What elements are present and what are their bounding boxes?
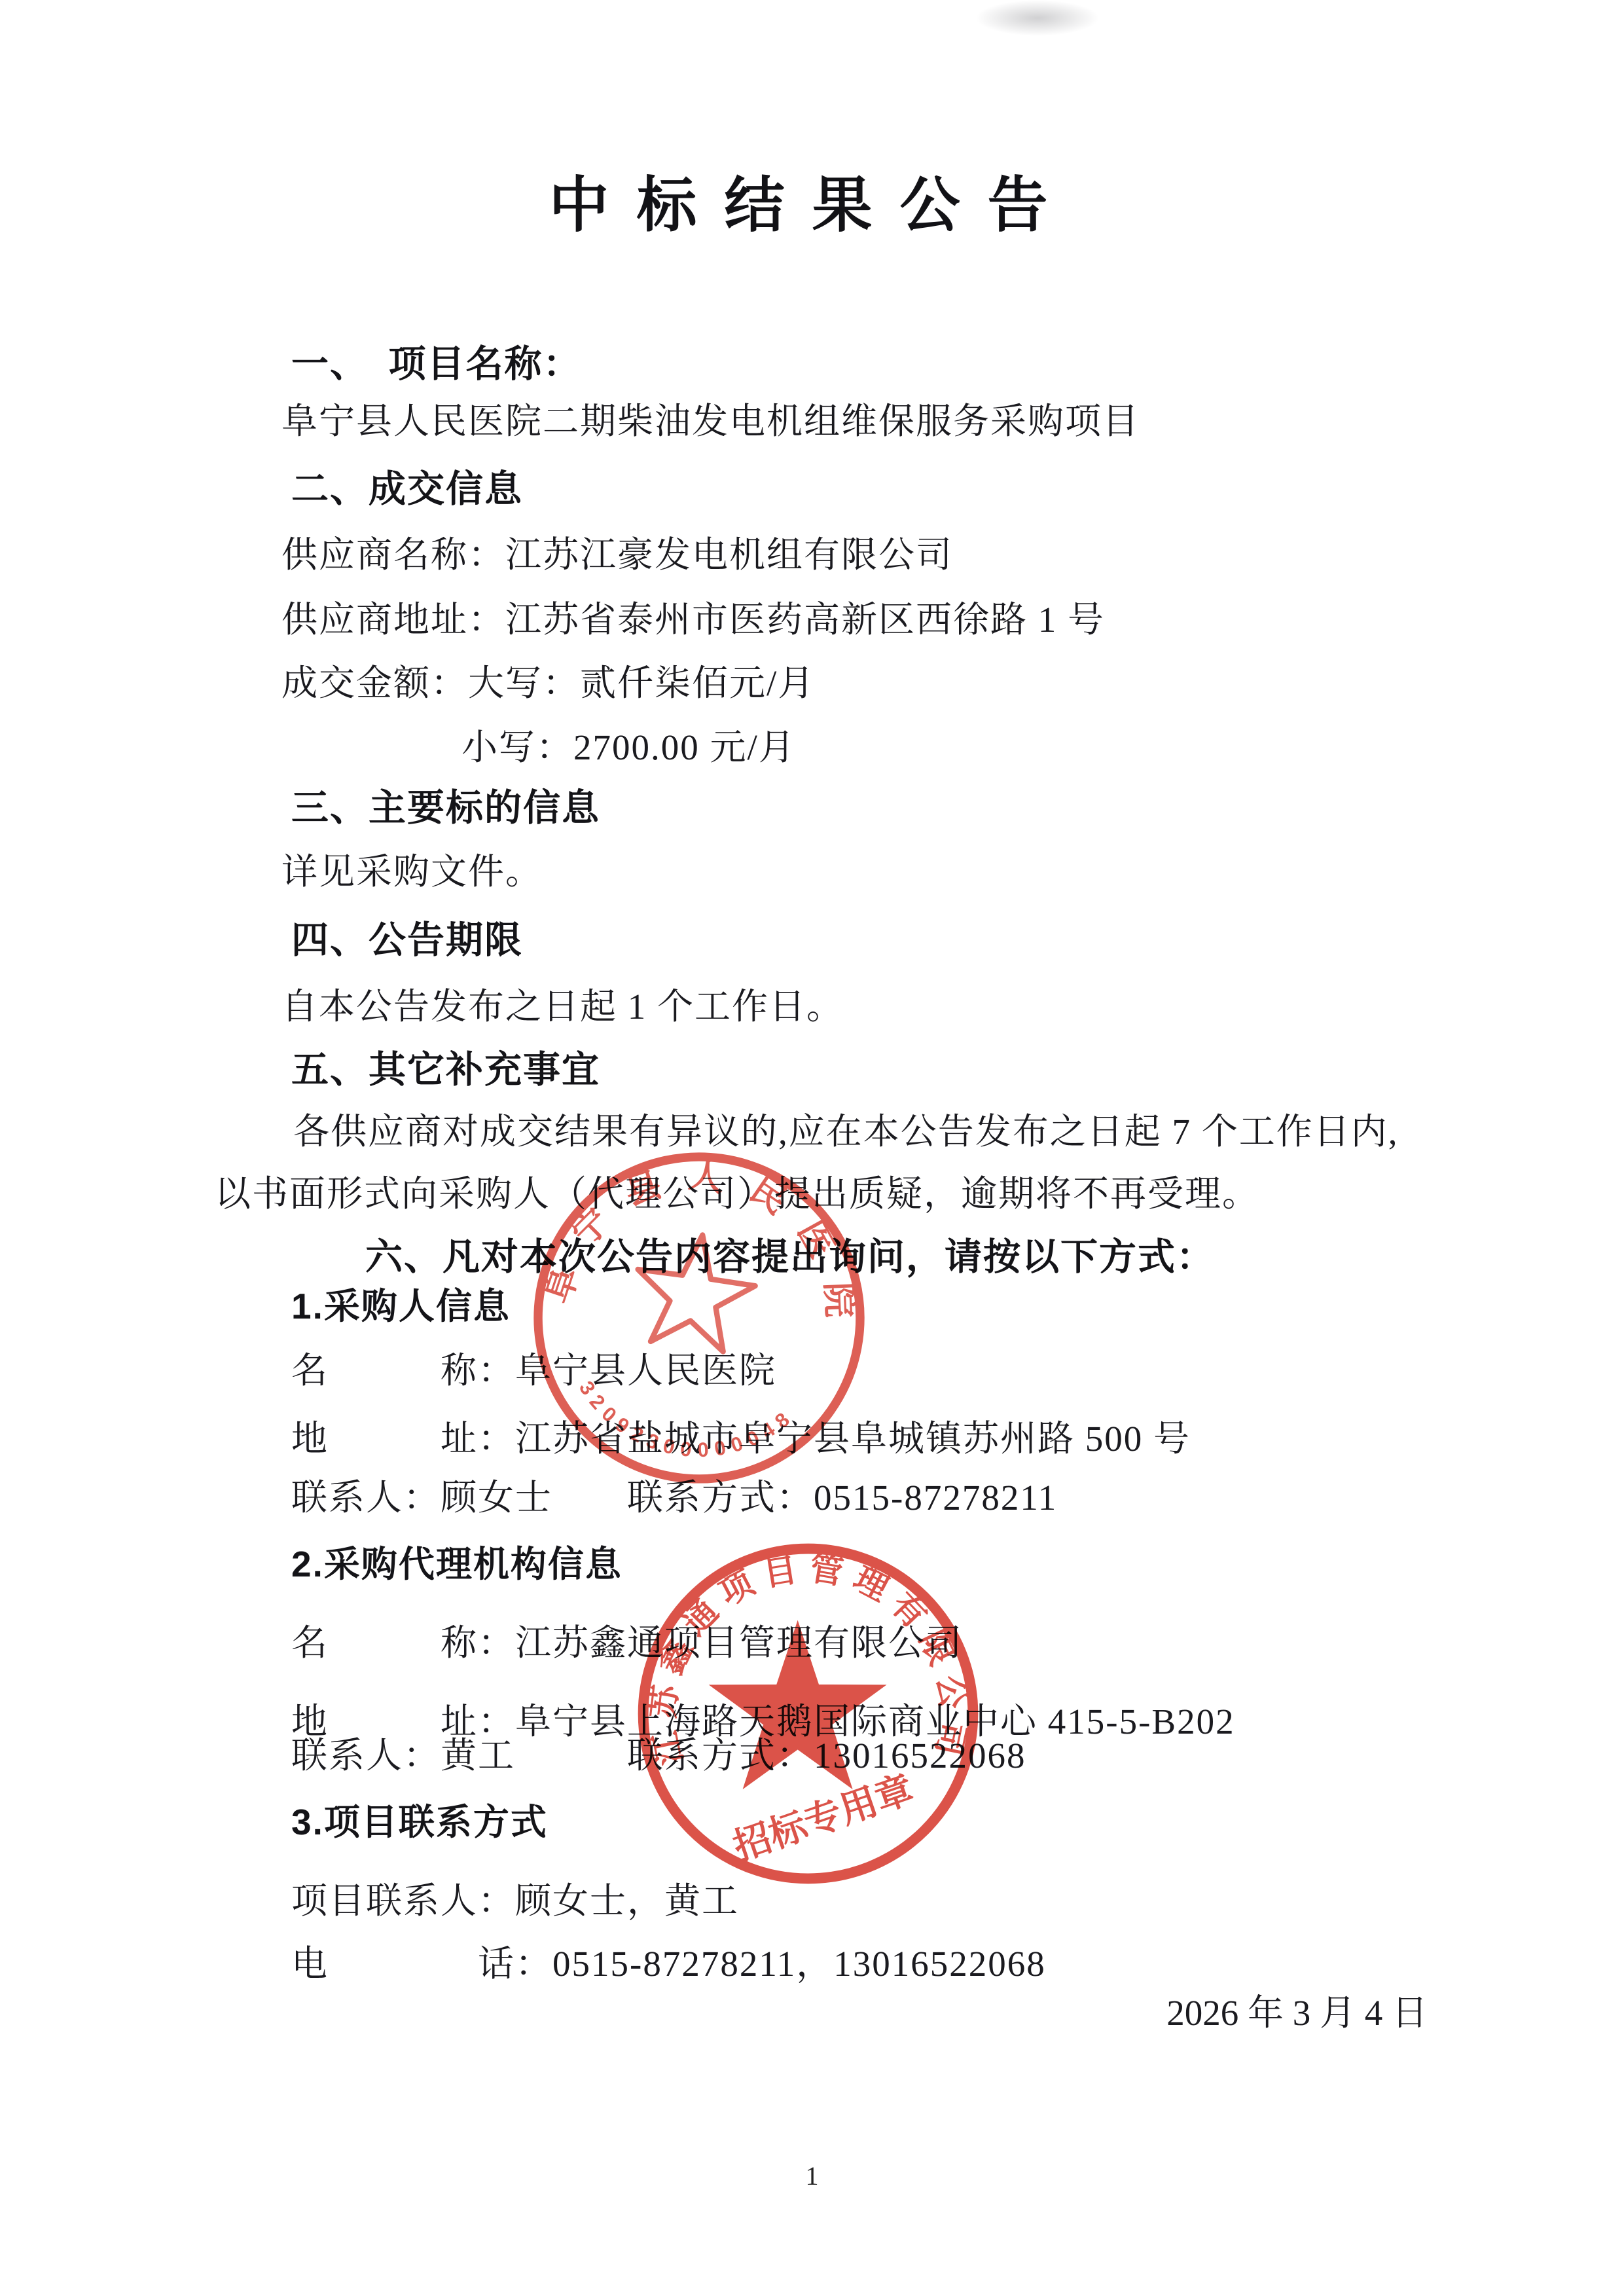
project-phone: 电 话：0515-87278211，13016522068 — [291, 1943, 1046, 1984]
section3-heading: 三、主要标的信息 — [291, 787, 600, 830]
section5-heading: 五、其它补充事宜 — [291, 1049, 600, 1092]
document-page: 中标结果公告 一、 项目名称： 阜宁县人民医院二期柴油发电机组维保服务采购项目 … — [0, 0, 1624, 2296]
section1-heading: 一、 项目名称： — [291, 343, 582, 386]
seal-bottom-text: 招标专用章 — [728, 1768, 918, 1869]
section5-paragraph-1: 各供应商对成交结果有异议的,应在本公告发布之日起 7 个工作日内, — [293, 1111, 1399, 1152]
section6-heading: 六、凡对本次公告内容提出询问，请按以下方式： — [365, 1236, 1215, 1279]
project-contact-heading: 3.项目联系方式 — [291, 1802, 548, 1843]
buyer-address: 地 址：江苏省盐城市阜宁县阜城镇苏州路 500 号 — [291, 1418, 1191, 1459]
amount-numeric: 小写：2700.00 元/月 — [461, 727, 796, 768]
section2-heading: 二、成交信息 — [291, 468, 523, 511]
supplier-address: 供应商地址：江苏省泰州市医药高新区西徐路 1 号 — [281, 599, 1105, 640]
agency-name: 名 称：江苏鑫通项目管理有限公司 — [291, 1622, 963, 1664]
project-contact: 项目联系人：顾女士，黄工 — [291, 1880, 739, 1922]
buyer-info-heading: 1.采购人信息 — [291, 1286, 511, 1327]
supplier-name: 供应商名称：江苏江豪发电机组有限公司 — [281, 534, 953, 575]
scan-smudge — [975, 0, 1100, 36]
section4-heading: 四、公告期限 — [291, 919, 523, 962]
page-number: 1 — [0, 2160, 1624, 2191]
announcement-date: 2026 年 3 月 4 日 — [1166, 1984, 1428, 2035]
section3-body: 详见采购文件。 — [281, 851, 543, 892]
project-name: 阜宁县人民医院二期柴油发电机组维保服务采购项目 — [281, 401, 1140, 442]
section4-body: 自本公告发布之日起 1 个工作日。 — [281, 986, 844, 1027]
buyer-name: 名 称：阜宁县人民医院 — [291, 1350, 776, 1391]
document-title: 中标结果公告 — [0, 172, 1624, 241]
section5-paragraph-2: 以书面形式向采购人（代理公司）提出质疑，逾期将不再受理。 — [215, 1173, 1259, 1214]
agency-contact: 联系人：黄工 联系方式：13016522068 — [291, 1735, 1026, 1776]
buyer-contact: 联系人：顾女士 联系方式：0515-87278211 — [291, 1477, 1057, 1518]
agency-info-heading: 2.采购代理机构信息 — [291, 1544, 623, 1585]
amount-capital: 成交金额：大写：贰仟柒佰元/月 — [281, 663, 815, 704]
